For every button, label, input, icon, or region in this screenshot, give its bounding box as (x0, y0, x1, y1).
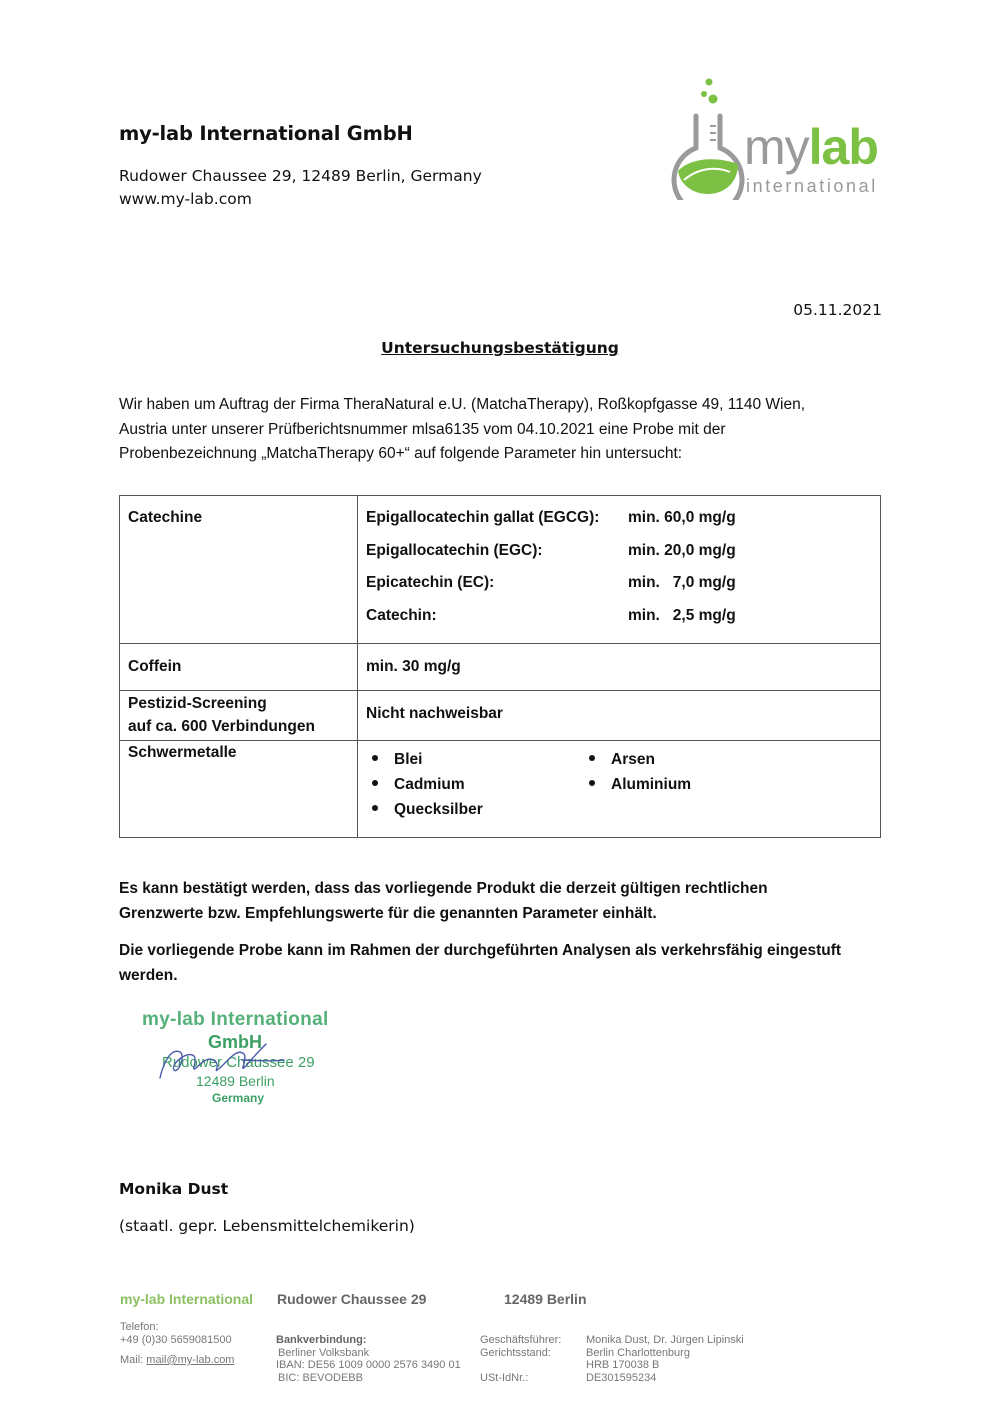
footer-legal-labels: Geschäftsführer: Gerichtsstand: USt-IdNr… (480, 1334, 561, 1384)
catechin-item-value: min. 20,0 mg/g (628, 539, 736, 562)
catechin-item-value: min. 60,0 mg/g (628, 506, 736, 529)
website-link[interactable]: www.my-lab.com (119, 188, 482, 211)
bullet-icon (372, 805, 378, 811)
bullet-icon (589, 755, 595, 761)
document-title: Untersuchungsbestätigung (0, 339, 1000, 357)
footer-contact: Telefon: +49 (0)30 5659081500 Mail: mail… (120, 1321, 234, 1367)
mylab-logo: mylab international (668, 76, 893, 200)
parameter-pestizid-line2: auf ca. 600 Verbindungen (128, 715, 315, 738)
conclusion-line: Grenzwerte bzw. Empfehlungswerte für die… (119, 902, 889, 927)
phone-label: Telefon: (120, 1321, 234, 1334)
conclusion-paragraph: Es kann bestätigt werden, dass das vorli… (119, 877, 889, 926)
bullet-icon (372, 755, 378, 761)
result-pestizid: Nicht nachweisbar (366, 702, 503, 725)
signature-icon (150, 1030, 290, 1085)
catechin-item-value: min. 7,0 mg/g (628, 571, 736, 594)
column-divider (357, 496, 358, 837)
hrb-value: HRB 170038 B (586, 1359, 744, 1372)
ceo-names: Monika Dust, Dr. Jürgen Lipinski (586, 1334, 744, 1347)
metal-item: Cadmium (372, 776, 465, 794)
catechin-item-value: min. 2,5 mg/g (628, 604, 736, 627)
company-address: Rudower Chaussee 29, 12489 Berlin, Germa… (119, 165, 482, 211)
document-date: 05.11.2021 (780, 301, 882, 319)
intro-line: Austria unter unserer Prüfberichtsnummer… (119, 418, 889, 443)
catechin-item-name: Epigallocatechin gallat (EGCG): (366, 506, 599, 529)
footer-legal-values: Monika Dust, Dr. Jürgen Lipinski Berlin … (586, 1334, 744, 1384)
parameter-pestizid-line1: Pestizid-Screening (128, 692, 315, 715)
conclusion-paragraph: Die vorliegende Probe kann im Rahmen der… (119, 939, 889, 988)
parameter-catechine: Catechine (128, 506, 202, 529)
parameter-schwermetalle: Schwermetalle (128, 741, 237, 764)
metal-item: Aluminium (589, 776, 691, 794)
bullet-icon (589, 780, 595, 786)
vat-value: DE301595234 (586, 1372, 744, 1385)
row-divider (120, 643, 880, 644)
catechin-item-name: Epigallocatechin (EGC): (366, 539, 543, 562)
conclusion-line: Es kann bestätigt werden, dass das vorli… (119, 877, 889, 902)
mail-link[interactable]: mail@my-lab.com (146, 1354, 234, 1366)
mail-label: Mail: (120, 1354, 143, 1366)
signer-name: Monika Dust (119, 1180, 228, 1198)
logo-word-lab: lab (809, 119, 878, 175)
company-name: my-lab International GmbH (119, 122, 413, 145)
footer-city: 12489 Berlin (504, 1291, 587, 1307)
footer-street: Rudower Chaussee 29 (277, 1291, 426, 1307)
bank-label: Bankverbindung: (276, 1334, 461, 1347)
result-coffein: min. 30 mg/g (366, 655, 461, 678)
metal-item: Quecksilber (372, 801, 483, 819)
intro-paragraph: Wir haben um Auftrag der Firma TheraNatu… (119, 393, 889, 467)
logo-subtitle: international (746, 176, 878, 197)
vat-label: USt-IdNr.: (480, 1372, 561, 1385)
bank-bic: BIC: BEVODEBB (276, 1372, 461, 1385)
bullet-icon (372, 780, 378, 786)
phone-number: +49 (0)30 5659081500 (120, 1334, 234, 1347)
metal-item: Arsen (589, 751, 655, 769)
catechin-item-name: Epicatechin (EC): (366, 571, 494, 594)
court-label: Gerichtsstand: (480, 1347, 561, 1360)
metal-item: Blei (372, 751, 422, 769)
row-divider (120, 690, 880, 691)
bank-iban: IBAN: DE56 1009 0000 2576 3490 01 (276, 1359, 461, 1372)
logo-wordmark: mylab (744, 122, 878, 172)
intro-line: Probenbezeichnung „MatchaTherapy 60+“ au… (119, 442, 889, 467)
parameter-pestizid: Pestizid-Screening auf ca. 600 Verbindun… (128, 692, 315, 738)
stamp-line: Germany (212, 1091, 264, 1105)
bank-name: Berliner Volksbank (276, 1347, 461, 1360)
catechin-item-name: Catechin: (366, 604, 437, 627)
results-table: Catechine Epigallocatechin gallat (EGCG)… (119, 495, 881, 838)
stamp-line: my-lab International (142, 1009, 329, 1031)
signer-title: (staatl. gepr. Lebensmittelchemikerin) (119, 1217, 415, 1235)
mail-row: Mail: mail@my-lab.com (120, 1354, 234, 1367)
court-value: Berlin Charlottenburg (586, 1347, 744, 1360)
conclusion-line: werden. (119, 964, 889, 989)
logo-word-my: my (744, 119, 809, 175)
intro-line: Wir haben um Auftrag der Firma TheraNatu… (119, 393, 889, 418)
footer-brand: my-lab International (120, 1291, 253, 1307)
conclusion-line: Die vorliegende Probe kann im Rahmen der… (119, 939, 889, 964)
parameter-coffein: Coffein (128, 655, 181, 678)
ceo-label: Geschäftsführer: (480, 1334, 561, 1347)
footer-bank: Bankverbindung: Berliner Volksbank IBAN:… (276, 1334, 461, 1384)
flask-leaf-icon (668, 76, 748, 200)
address-line: Rudower Chaussee 29, 12489 Berlin, Germa… (119, 165, 482, 188)
